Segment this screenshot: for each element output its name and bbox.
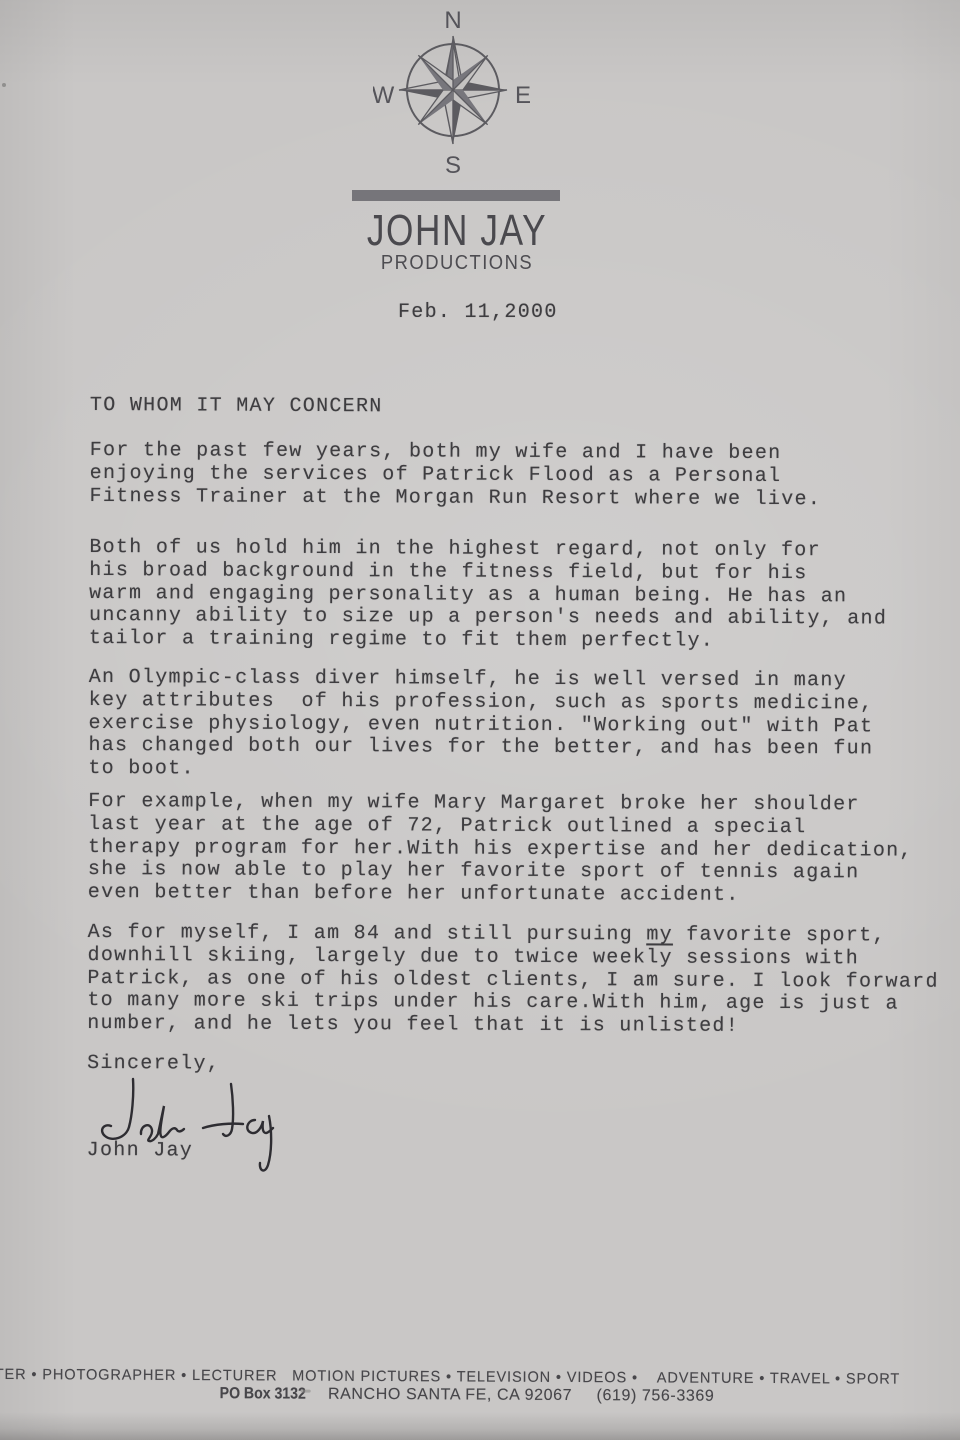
footer-address-line: PO Box 3132 RANCHO SANTA FE, CA 92067 (6… xyxy=(220,1385,715,1406)
letter-paragraphs: For the past few years, both my wife and… xyxy=(90,463,956,467)
footer-phone: (619) 756-3369 xyxy=(597,1387,715,1405)
text-line: to boot. xyxy=(88,758,873,784)
paragraph: An Olympic-class diver himself, he is we… xyxy=(88,667,873,784)
footer-roles-line: TER • PHOTOGRAPHER • LECTURER MOTION PIC… xyxy=(0,1366,955,1388)
letter-date: Feb. 11,2000 xyxy=(398,302,558,325)
text-line: tailor a training regime to fit them per… xyxy=(89,628,887,654)
greeting: TO WHOM IT MAY CONCERN xyxy=(90,395,383,419)
scanned-letter-page: N E S W JOHN JAY PRODUCTIONS Feb. 11,200… xyxy=(0,0,960,1440)
company-name: JOHN JAY xyxy=(367,206,547,256)
paper-bottom-edge-shadow xyxy=(0,1412,960,1440)
text-line: number, and he lets you feel that it is … xyxy=(87,1013,938,1040)
text-line: has changed both our lives for the bette… xyxy=(88,735,873,761)
paragraph: Both of us hold him in the highest regar… xyxy=(89,537,888,654)
compass-logo: N E S W xyxy=(373,5,533,175)
paragraph: For the past few years, both my wife and… xyxy=(90,440,822,512)
letterhead-divider-bar xyxy=(352,190,560,201)
paragraph: For example, when my wife Mary Margaret … xyxy=(88,791,913,909)
compass-letter-n: N xyxy=(444,7,461,34)
paper-speck xyxy=(2,83,6,87)
footer-po-box: PO Box 3132 xyxy=(220,1385,306,1403)
compass-letter-e: E xyxy=(515,82,531,109)
signature xyxy=(95,1072,280,1172)
paragraph: As for myself, I am 84 and still pursuin… xyxy=(87,922,939,1040)
print-smudge xyxy=(301,1390,311,1393)
text-line: Fitness Trainer at the Morgan Run Resort… xyxy=(90,486,822,512)
company-subtitle: PRODUCTIONS xyxy=(381,252,533,275)
compass-letter-w: W xyxy=(373,82,395,109)
footer-city: RANCHO SANTA FE, CA 92067 xyxy=(328,1386,572,1404)
compass-star xyxy=(399,36,507,144)
compass-letter-s: S xyxy=(445,152,461,175)
text-line: even better than before her unfortunate … xyxy=(88,882,913,908)
letter-body: TO WHOM IT MAY CONCERN For the past few … xyxy=(89,395,956,558)
